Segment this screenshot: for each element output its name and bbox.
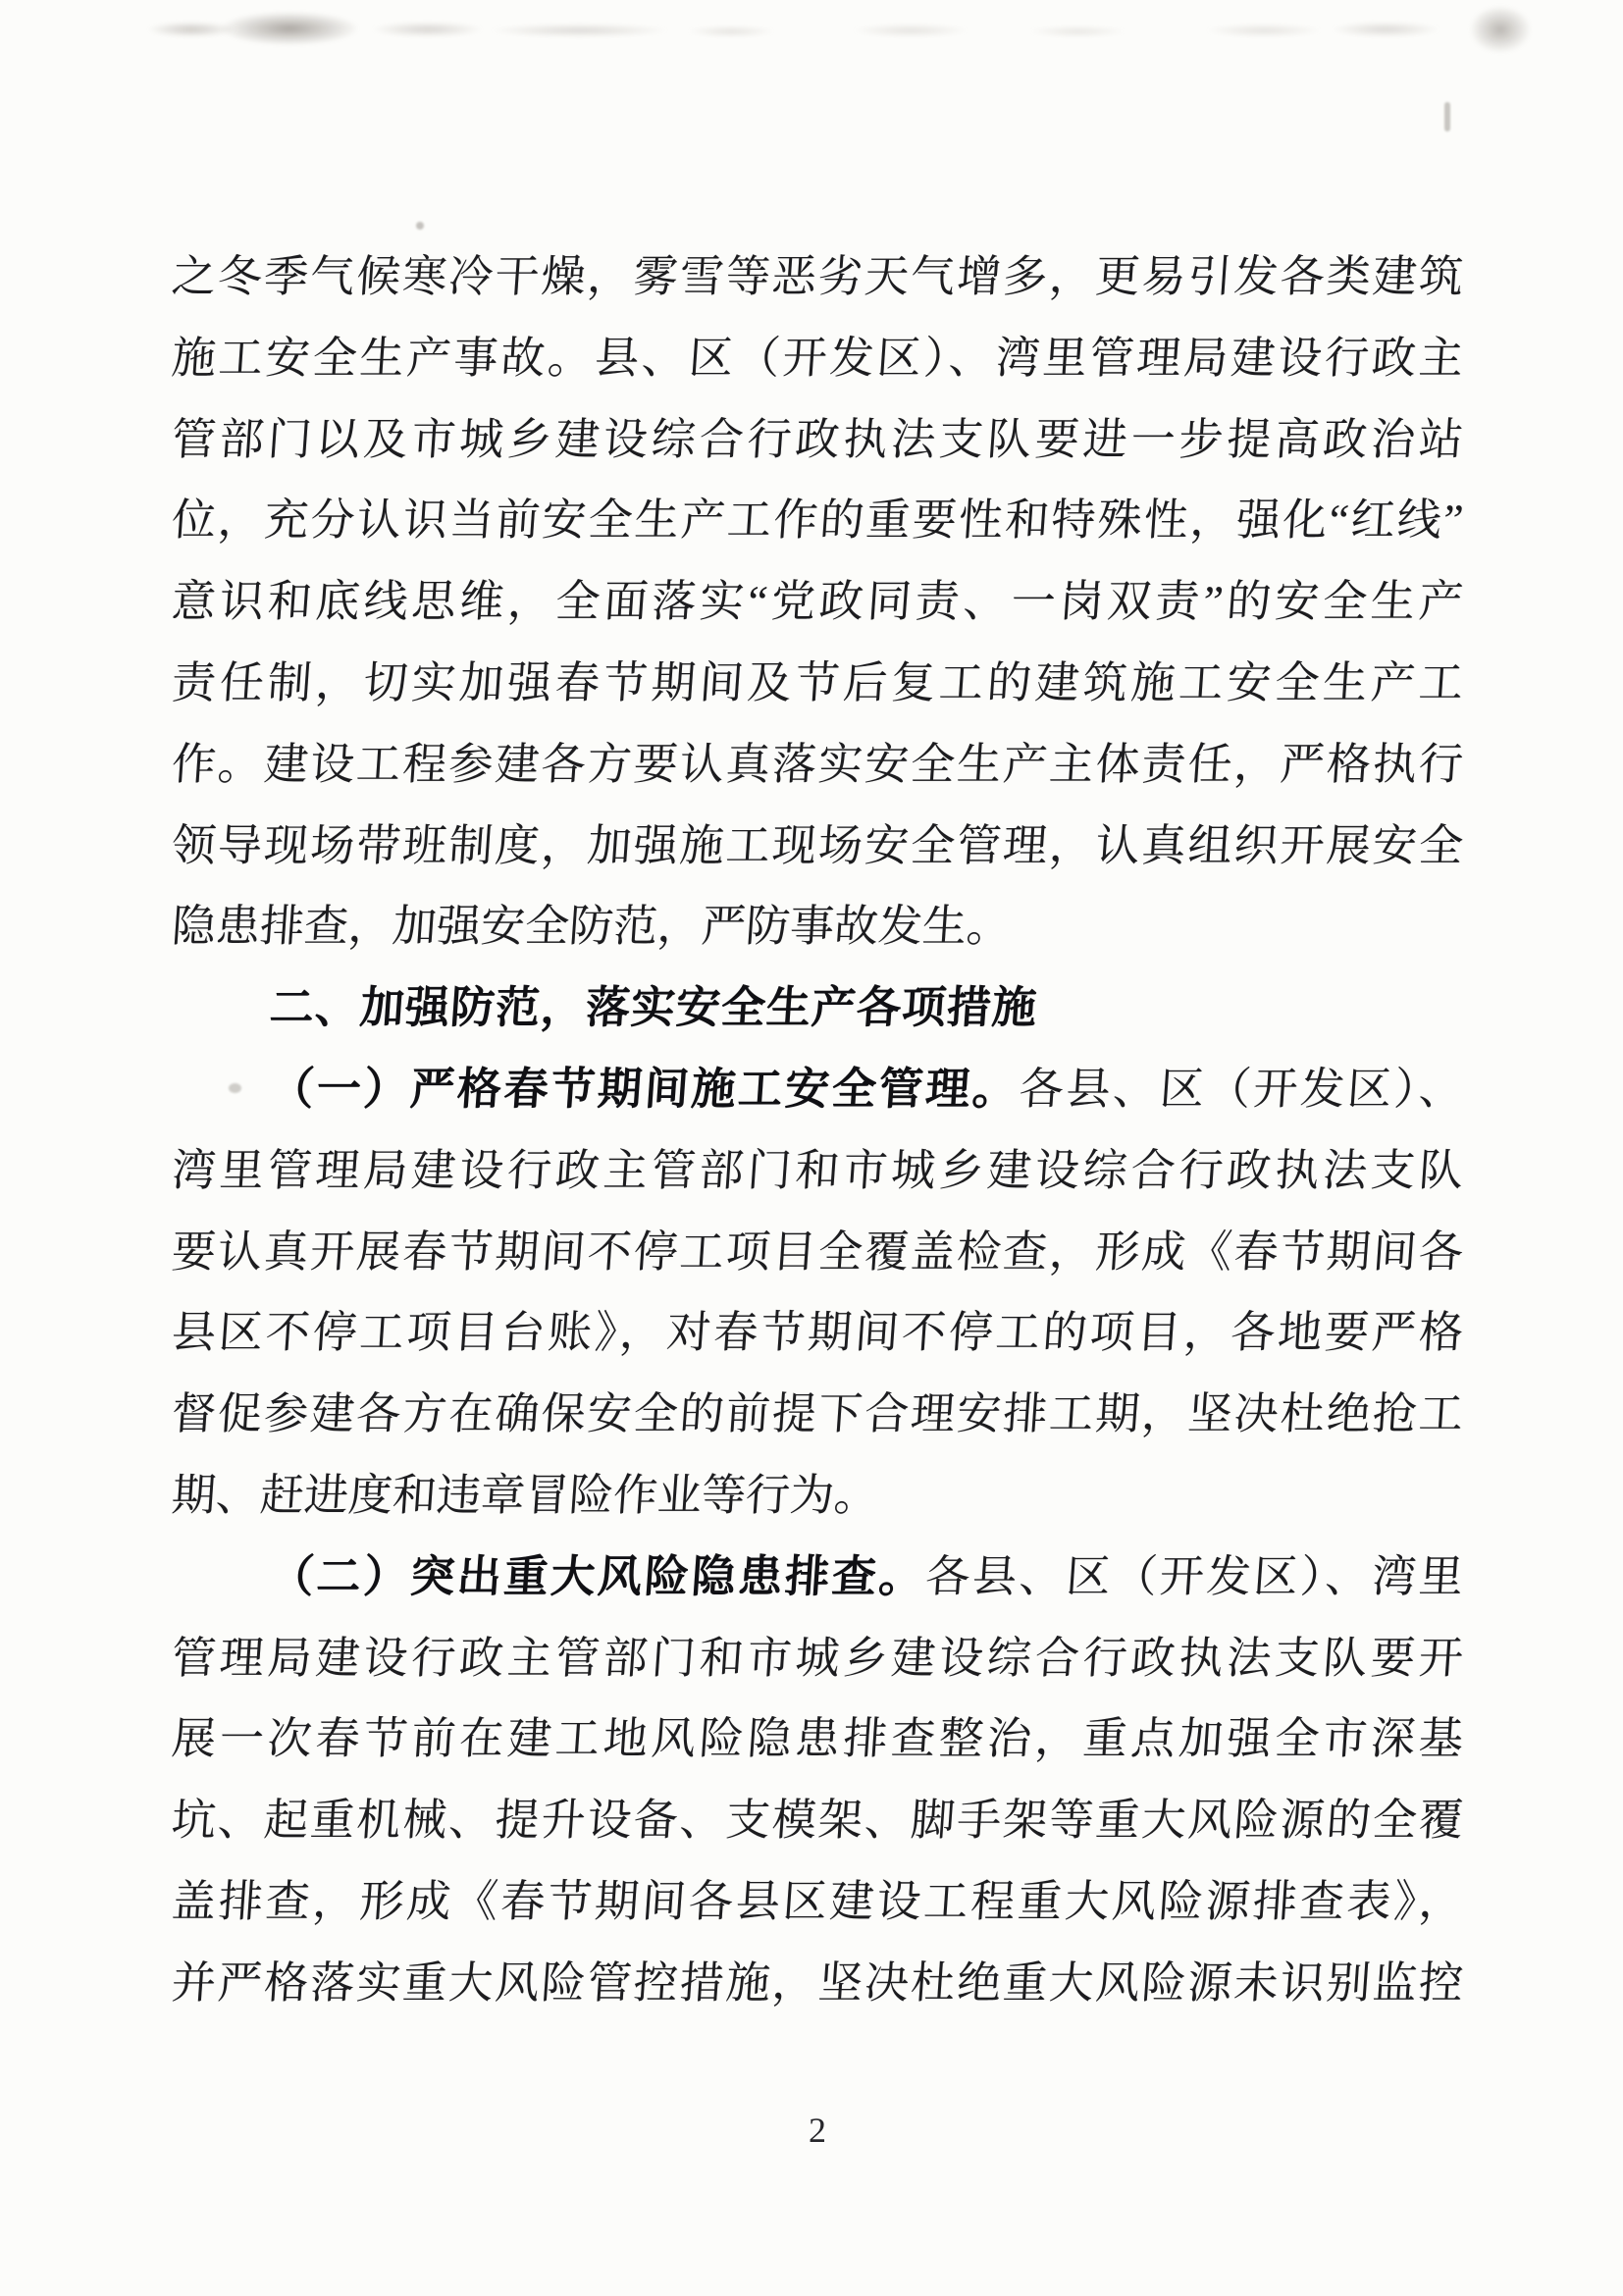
emphasis-text: （二）突出重大风险隐患排查。 <box>268 1551 927 1601</box>
body-text: 领导现场带班制度，加强施工现场安全管理，认真组织开展安全 <box>170 821 1464 870</box>
body-text: 督促参建各方在确保安全的前提下合理安排工期，坚决杜绝抢工 <box>170 1389 1464 1438</box>
body-text: 并严格落实重大风险管控措施，坚决杜绝重大风险源未识别监控 <box>170 1958 1464 2008</box>
text-line: 施工安全生产事故。县、区（开发区）、湾里管理局建设行政主 <box>169 318 1466 399</box>
scan-artifact <box>1205 24 1323 37</box>
text-line: 要认真开展春节期间不停工项目全覆盖检查，形成《春节期间各 <box>169 1212 1466 1293</box>
body-text: 展一次春节前在建工地风险隐患排查整治，重点加强全市深基 <box>170 1714 1464 1763</box>
body-text: 位，充分认识当前安全生产工作的重要性和特殊性，强化“红线” <box>170 496 1464 545</box>
body-text: 要认真开展春节期间不停工项目全覆盖检查，形成《春节期间各 <box>170 1227 1464 1277</box>
scan-artifact <box>1470 6 1531 53</box>
body-text: 各县、区（开发区）、湾里 <box>924 1552 1465 1601</box>
page-number: 2 <box>172 2110 1463 2151</box>
scanned-document-page: 之冬季气候寒冷干燥，雾雪等恶劣天气增多，更易引发各类建筑施工安全生产事故。县、区… <box>0 0 1623 2296</box>
body-text: 期、赶进度和违章冒险作业等行为。 <box>170 1471 880 1520</box>
text-line: （一）严格春节期间施工安全管理。各县、区（开发区）、 <box>169 1049 1466 1130</box>
scan-artifact <box>1028 26 1126 37</box>
text-line: 盖排查，形成《春节期间各县区建设工程重大风险源排查表》， <box>169 1861 1466 1943</box>
body-text: 县区不停工项目台账》，对春节期间不停工的项目，各地要严格 <box>170 1308 1464 1357</box>
body-text: 施工安全生产事故。县、区（开发区）、湾里管理局建设行政主 <box>170 334 1464 383</box>
document-body: 之冬季气候寒冷干燥，雾雪等恶劣天气增多，更易引发各类建筑施工安全生产事故。县、区… <box>172 236 1463 2024</box>
text-line: 湾里管理局建设行政主管部门和市城乡建设综合行政执法支队 <box>169 1130 1466 1212</box>
scan-artifact <box>1444 102 1450 131</box>
text-line: 作。建设工程参建各方要认真落实安全生产主体责任，严格执行 <box>169 724 1466 806</box>
text-line: 意识和底线思维，全面落实“党政同责、一岗双责”的安全生产 <box>169 561 1466 643</box>
body-text: 湾里管理局建设行政主管部门和市城乡建设综合行政执法支队 <box>170 1146 1464 1195</box>
text-line: 管理局建设行政主管部门和市城乡建设综合行政执法支队要开 <box>169 1618 1466 1699</box>
body-text: 管理局建设行政主管部门和市城乡建设综合行政执法支队要开 <box>170 1634 1464 1683</box>
emphasis-text: （一）严格春节期间施工安全管理。 <box>268 1064 1021 1114</box>
text-line: 期、赶进度和违章冒险作业等行为。 <box>169 1455 1466 1537</box>
body-text: 各县、区（开发区）、 <box>1018 1065 1465 1114</box>
scan-artifact <box>221 12 358 45</box>
text-line: 督促参建各方在确保安全的前提下合理安排工期，坚决杜绝抢工 <box>169 1374 1466 1455</box>
body-text: 管部门以及市城乡建设综合行政执法支队要进一步提高政治站 <box>170 415 1464 464</box>
text-line: 之冬季气候寒冷干燥，雾雪等恶劣天气增多，更易引发各类建筑 <box>169 236 1466 318</box>
scan-artifact <box>371 22 484 37</box>
text-line: 管部门以及市城乡建设综合行政执法支队要进一步提高政治站 <box>169 399 1466 481</box>
section-heading: 二、加强防范，落实安全生产各项措施 <box>169 967 1466 1049</box>
scan-artifact <box>687 26 775 37</box>
body-text: 作。建设工程参建各方要认真落实安全生产主体责任，严格执行 <box>170 740 1464 789</box>
scan-artifact <box>489 24 670 37</box>
text-line: 县区不停工项目台账》，对春节期间不停工的项目，各地要严格 <box>169 1292 1466 1374</box>
scan-artifact <box>1331 22 1440 37</box>
body-text: 意识和底线思维，全面落实“党政同责、一岗双责”的安全生产 <box>170 577 1464 626</box>
emphasis-text: 二、加强防范，落实安全生产各项措施 <box>268 982 1039 1032</box>
text-line: 隐患排查，加强安全防范，严防事故发生。 <box>169 886 1466 967</box>
text-line: 位，充分认识当前安全生产工作的重要性和特殊性，强化“红线” <box>169 480 1466 561</box>
body-text: 盖排查，形成《春节期间各县区建设工程重大风险源排查表》， <box>170 1877 1464 1926</box>
text-line: 并严格落实重大风险管控措施，坚决杜绝重大风险源未识别监控 <box>169 1943 1466 2024</box>
text-line: 领导现场带班制度，加强施工现场安全管理，认真组织开展安全 <box>169 806 1466 887</box>
body-text: 之冬季气候寒冷干燥，雾雪等恶劣天气增多，更易引发各类建筑 <box>170 252 1464 301</box>
scan-artifact <box>147 22 236 37</box>
body-text: 坑、起重机械、提升设备、支模架、脚手架等重大风险源的全覆 <box>170 1796 1464 1845</box>
body-text: 隐患排查，加强安全防范，严防事故发生。 <box>170 902 1013 951</box>
body-text: 责任制，切实加强春节期间及节后复工的建筑施工安全生产工 <box>170 658 1464 707</box>
scan-artifact <box>852 24 969 37</box>
text-line: 坑、起重机械、提升设备、支模架、脚手架等重大风险源的全覆 <box>169 1780 1466 1861</box>
text-line: （二）突出重大风险隐患排查。各县、区（开发区）、湾里 <box>169 1537 1466 1618</box>
text-line: 展一次春节前在建工地风险隐患排查整治，重点加强全市深基 <box>169 1698 1466 1780</box>
scan-artifact <box>416 222 424 230</box>
text-line: 责任制，切实加强春节期间及节后复工的建筑施工安全生产工 <box>169 643 1466 724</box>
